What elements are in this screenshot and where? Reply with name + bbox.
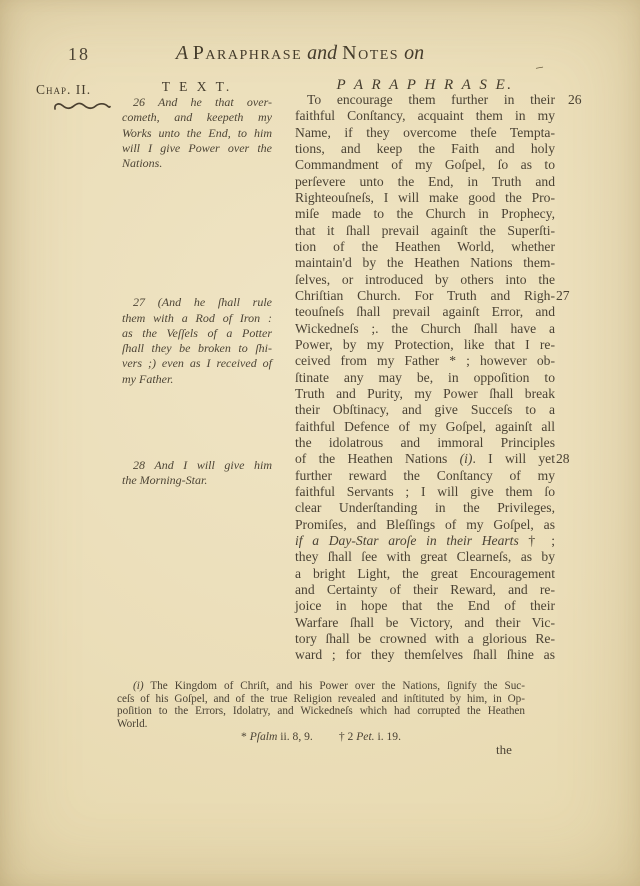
italic-text: (i)	[133, 680, 144, 692]
footnote-line: (i) The Kingdom of Chriſt, and his Power…	[117, 680, 525, 693]
footnote-line: ceſs of his Goſpel, and of the true Reli…	[117, 693, 525, 706]
paraphrase-line: of the Heathen Nations (i). I will yet28	[295, 451, 555, 467]
paraphrase-line: tions, and keep the Faith and holy	[295, 141, 555, 157]
paraphrase-line: miſe made to the Church in Prophecy,	[295, 206, 555, 222]
verse-block-26: 26 And he that over-cometh, and keepeth …	[122, 95, 272, 171]
verse-text-line: Nations.	[122, 156, 272, 171]
paraphrase-line: Power, by my Protection, like that I re-	[295, 337, 555, 353]
text-segment: † ;	[519, 533, 555, 548]
footnote: (i) The Kingdom of Chriſt, and his Power…	[117, 680, 525, 731]
verse-text-line: 26 And he that over-	[122, 95, 272, 110]
paraphrase-line: Truth and Purity, my Power ſhall break	[295, 386, 555, 402]
running-head-segment: and	[302, 42, 342, 64]
paraphrase-line: Wickedneſs ;. the Church ſhall have a	[295, 321, 555, 337]
paraphrase-line: clear Underſtanding in the Privileges,	[295, 500, 555, 516]
verse-text-line: ſhall they be broken to ſhi-	[122, 341, 272, 356]
paraphrase-line: faithful Conſtancy, acquaint them in my	[295, 108, 555, 124]
paraphrase-line: Warfare ſhall be Victory, and their Vic-	[295, 615, 555, 631]
text-column: 26 And he that over-cometh, and keepeth …	[122, 95, 272, 488]
paraphrase-line: Chriſtian Church. For Truth and Righ-27	[295, 288, 555, 304]
chapter-flourish	[52, 99, 112, 113]
italic-text: if a Day-Star aroſe in their Hearts	[295, 533, 519, 548]
paraphrase-line: the idolatrous and immoral Principles	[295, 435, 555, 451]
verse-text-line: 28 And I will give him	[122, 458, 272, 473]
verse-block-28: 28 And I will give himthe Morning-Star.	[122, 458, 272, 489]
paraphrase-line: teouſneſs ſhall prevail againſt Error, a…	[295, 304, 555, 320]
running-head-segment: Notes	[342, 42, 399, 64]
verse-text-line: 27 (And he ſhall rule	[122, 295, 272, 310]
paraphrase-line: faithful Servants ; I will give them ſo	[295, 484, 555, 500]
paraphrase-line: faithful Defence of my Goſpel, againſt a…	[295, 419, 555, 435]
paraphrase-line: Righteouſneſs, I will make good the Pro-	[295, 190, 555, 206]
italic-text: (i)	[460, 451, 473, 466]
paraphrase-column: To encourage them further in their26fait…	[295, 92, 555, 663]
catchword: the	[496, 742, 542, 758]
paraphrase-line: that it ſhall prevail againſt the Superſ…	[295, 223, 555, 239]
italic-text: Pſalm	[250, 730, 278, 743]
paraphrase-line: maintain'd by the Heathen Nations them-	[295, 255, 555, 271]
running-head-segment: on	[399, 42, 424, 64]
verse-text-line: them with a Rod of Iron :	[122, 311, 272, 326]
verse-text-line: cometh, and keepeth my	[122, 110, 272, 125]
verse-text-line: the Morning-Star.	[122, 473, 272, 488]
verse-text-line: as the Veſſels of a Potter	[122, 326, 272, 341]
paraphrase-line: a bright Light, the great Encouragement	[295, 566, 555, 582]
stray-ink-mark: –	[535, 60, 545, 77]
margin-verse-number: 27	[556, 288, 582, 304]
verse-text-line: my Father.	[122, 372, 272, 387]
margin-verse-number: 28	[556, 451, 582, 467]
book-page: 18 A Paraphrase and Notes on – Chap. II.…	[0, 0, 640, 886]
paraphrase-line: joice in hope that the End of their	[295, 598, 555, 614]
paraphrase-line: they ſhall ſee with great Clearneſs, as …	[295, 549, 555, 565]
footnote-line: World.	[117, 718, 525, 731]
paraphrase-line: To encourage them further in their26	[295, 92, 555, 108]
scripture-references: * Pſalm ii. 8, 9.† 2 Pet. i. 19.	[117, 730, 525, 743]
text-segment: . I will yet	[472, 451, 555, 466]
paraphrase-line: ceived from my Father * ; however ob-	[295, 353, 555, 369]
paraphrase-line: ſelves, or introduced by others into the	[295, 272, 555, 288]
paraphrase-line: and Certainty of their Reward, and re-	[295, 582, 555, 598]
scripture-reference: * Pſalm ii. 8, 9.	[241, 730, 313, 743]
footnote-line: poſition to the Errors, Idolatry, and Wi…	[117, 705, 525, 718]
scripture-reference: † 2 Pet. i. 19.	[339, 730, 401, 743]
paraphrase-line: perſevere unto the End, in Truth and	[295, 174, 555, 190]
paraphrase-line: Commandment of my Goſpel, ſo as to	[295, 157, 555, 173]
verse-text-line: vers ;) even as I received of	[122, 356, 272, 371]
margin-verse-number: 26	[556, 92, 582, 108]
text-segment: i. 19.	[375, 730, 401, 743]
text-segment: The Kingdom of Chriſt, and his Power ove…	[144, 680, 525, 692]
text-segment: ii. 8, 9.	[277, 730, 312, 743]
paraphrase-line: Promiſes, and Bleſſings of my Goſpel, as	[295, 517, 555, 533]
running-head-segment: A	[176, 42, 193, 64]
paraphrase-line: Name, if they overcome theſe Tempta-	[295, 125, 555, 141]
paraphrase-line: ſtinate any may be, in oppoſition to	[295, 370, 555, 386]
paraphrase-line: their Obſtinacy, and give Succeſs to a	[295, 402, 555, 418]
text-segment: *	[241, 730, 250, 743]
paraphrase-line: ward ; for they themſelves ſhall ſhine a…	[295, 647, 555, 663]
verse-block-27: 27 (And he ſhall rulethem with a Rod of …	[122, 295, 272, 387]
text-segment: of the Heathen Nations	[295, 451, 460, 466]
paraphrase-line: tion of the Heathen World, whether	[295, 239, 555, 255]
paraphrase-line: if a Day-Star aroſe in their Hearts † ;	[295, 533, 555, 549]
verse-text-line: Works unto the End, to him	[122, 126, 272, 141]
paraphrase-line: further reward the Conſtancy of my	[295, 468, 555, 484]
running-head-segment: Paraphrase	[193, 42, 302, 64]
italic-text: Pet.	[356, 730, 374, 743]
text-column-heading: T E X T.	[118, 79, 276, 95]
paraphrase-line: tory ſhall be crowned with a glorious Re…	[295, 631, 555, 647]
page-number: 18	[68, 44, 90, 65]
chapter-label: Chap. II.	[36, 82, 91, 98]
text-segment: † 2	[339, 730, 356, 743]
verse-text-line: will I give Power over the	[122, 141, 272, 156]
running-head: A Paraphrase and Notes on	[128, 42, 472, 65]
